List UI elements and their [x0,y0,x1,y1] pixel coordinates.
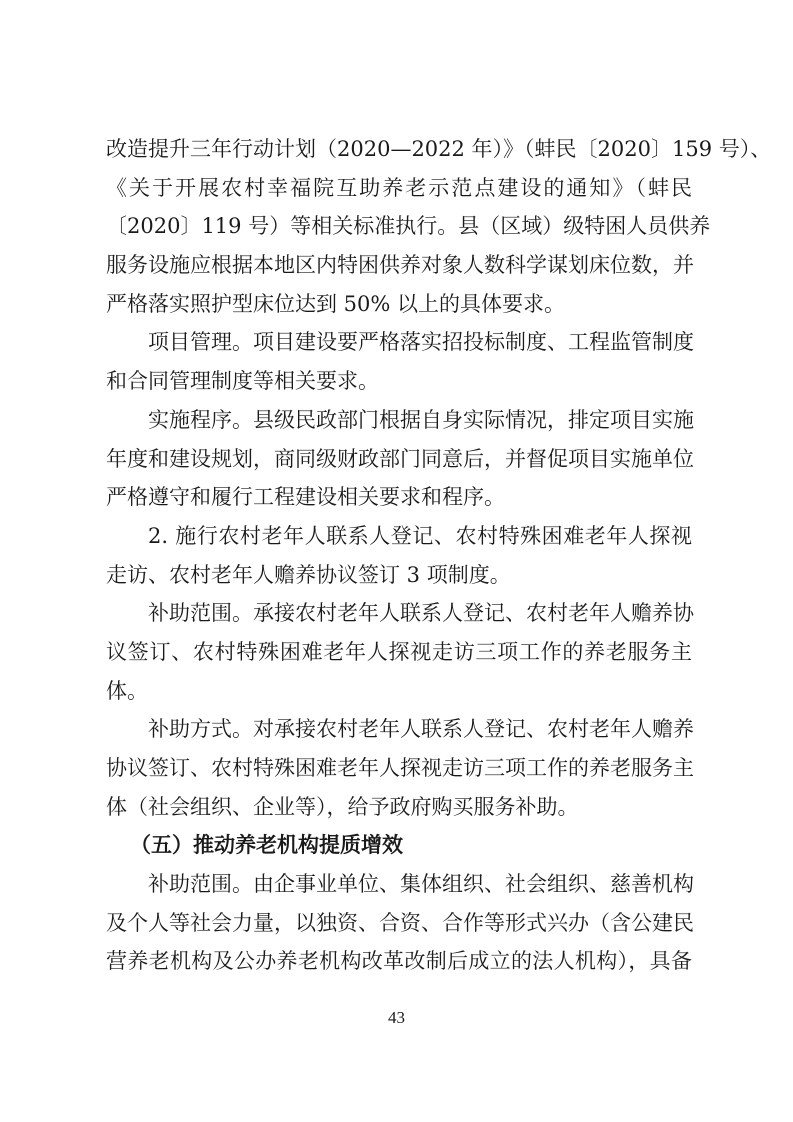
text-line: 补助范围。承接农村老年人联系人登记、农村老年人赡养协 [106,594,692,633]
text-line: 体。 [106,672,692,711]
text-line: 2. 施行农村老年人联系人登记、农村特殊困难老年人探视 [106,517,692,556]
paragraph-subsidy-scope: 补助范围。承接农村老年人联系人登记、农村老年人赡养协 议签订、农村特殊困难老年人… [106,594,692,710]
paragraph-subsidy-method: 补助方式。对承接农村老年人联系人登记、农村老年人赡养 协议签订、农村特殊困难老年… [106,710,692,826]
document-page: 改造提升三年行动计划（2020—2022 年）》（蚌民〔2020〕159 号）、… [0,0,793,1122]
text-line: 及个人等社会力量，以独资、合资、合作等形式兴办（含公建民 [106,904,692,943]
paragraph-project-management: 项目管理。项目建设要严格落实招投标制度、工程监管制度 和合同管理制度等相关要求。 [106,323,692,400]
text-line: 改造提升三年行动计划（2020—2022 年）》（蚌民〔2020〕159 号）、 [106,130,692,169]
page-body: 改造提升三年行动计划（2020—2022 年）》（蚌民〔2020〕159 号）、… [106,130,692,981]
text-line: 年度和建设规划，商同级财政部门同意后，并督促项目实施单位 [106,440,692,479]
page-number: 43 [0,1008,793,1028]
paragraph-subsidy-scope-institutions: 补助范围。由企事业单位、集体组织、社会组织、慈善机构 及个人等社会力量，以独资、… [106,865,692,981]
paragraph-implementation-procedure: 实施程序。县级民政部门根据自身实际情况，排定项目实施 年度和建设规划，商同级财政… [106,401,692,517]
text-line: 议签订、农村特殊困难老年人探视走访三项工作的养老服务主 [106,633,692,672]
text-line: 协议签订、农村特殊困难老年人探视走访三项工作的养老服务主 [106,749,692,788]
text-line: 补助方式。对承接农村老年人联系人登记、农村老年人赡养 [106,710,692,749]
text-line: 《关于开展农村幸福院互助养老示范点建设的通知》（蚌民 [106,169,692,208]
text-line: 〔2020〕119 号）等相关标准执行。县（区域）级特困人员供养 [106,207,692,246]
section-heading: （五）推动养老机构提质增效 [106,826,692,865]
text-line: 走访、农村老年人赡养协议签订 3 项制度。 [106,556,692,595]
text-line: 实施程序。县级民政部门根据自身实际情况，排定项目实施 [106,401,692,440]
text-line: 严格落实照护型床位达到 50% 以上的具体要求。 [106,285,692,324]
text-line: 补助范围。由企事业单位、集体组织、社会组织、慈善机构 [106,865,692,904]
text-line: 营养老机构及公办养老机构改革改制后成立的法人机构），具备 [106,942,692,981]
text-line: 服务设施应根据本地区内特困供养对象人数科学谋划床位数，并 [106,246,692,285]
text-line: 项目管理。项目建设要严格落实招投标制度、工程监管制度 [106,323,692,362]
text-line: 体（社会组织、企业等），给予政府购买服务补助。 [106,788,692,827]
text-line: 严格遵守和履行工程建设相关要求和程序。 [106,478,692,517]
paragraph-item-2: 2. 施行农村老年人联系人登记、农村特殊困难老年人探视 走访、农村老年人赡养协议… [106,517,692,594]
paragraph: 改造提升三年行动计划（2020—2022 年）》（蚌民〔2020〕159 号）、… [106,130,692,323]
text-line: 和合同管理制度等相关要求。 [106,362,692,401]
